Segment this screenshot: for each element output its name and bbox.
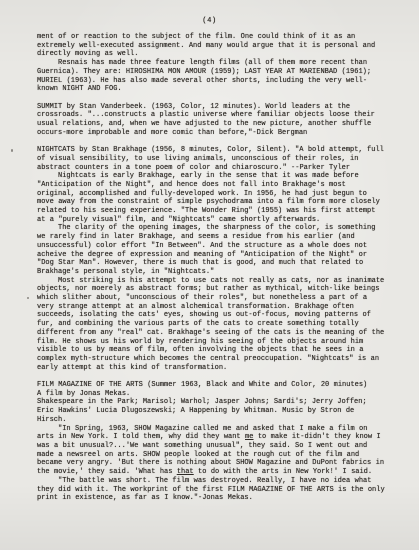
paragraph-film-comment-continuation: ment of or reaction to the subject of th… bbox=[37, 33, 387, 59]
paragraph-nightcats-early-brakhage: Nightcats is early Brakhage, early in th… bbox=[37, 172, 387, 224]
page-number: (4) bbox=[0, 17, 419, 26]
quote-text-segment: to do with the arts in New York!' I said… bbox=[194, 468, 372, 476]
film-entry-summit: SUMMIT by Stan Vanderbeek. (1963, Color,… bbox=[37, 103, 387, 138]
paragraph-mekas-quote-1: "In Spring, 1963, SHOW Magazine called m… bbox=[37, 425, 387, 477]
film-entry-nightcats: NIGHTCATS by Stan Brakhage (1956, 8 minu… bbox=[37, 146, 387, 172]
film-entry-title-film-magazine: FILM MAGAZINE OF THE ARTS (Summer 1963, … bbox=[37, 381, 387, 390]
document-body: ment of or reaction to the subject of th… bbox=[0, 33, 419, 503]
scan-speck bbox=[27, 297, 29, 299]
scan-speck bbox=[11, 149, 13, 152]
paragraph-resnais-films: Resnais has made three feature length fi… bbox=[37, 59, 387, 94]
paragraph-clarity-of-images: The clarity of the opening images, the s… bbox=[37, 224, 387, 276]
underlined-word-that: that bbox=[177, 468, 194, 476]
film-credits: Shakespeare in the Park; Marisol; Warhol… bbox=[37, 398, 387, 424]
paragraph-most-striking: Most striking is his attempt to use cats… bbox=[37, 277, 387, 373]
paragraph-mekas-quote-2: "The battle was short. The film was dest… bbox=[37, 477, 387, 503]
document-page: (4) ment of or reaction to the subject o… bbox=[0, 0, 419, 550]
